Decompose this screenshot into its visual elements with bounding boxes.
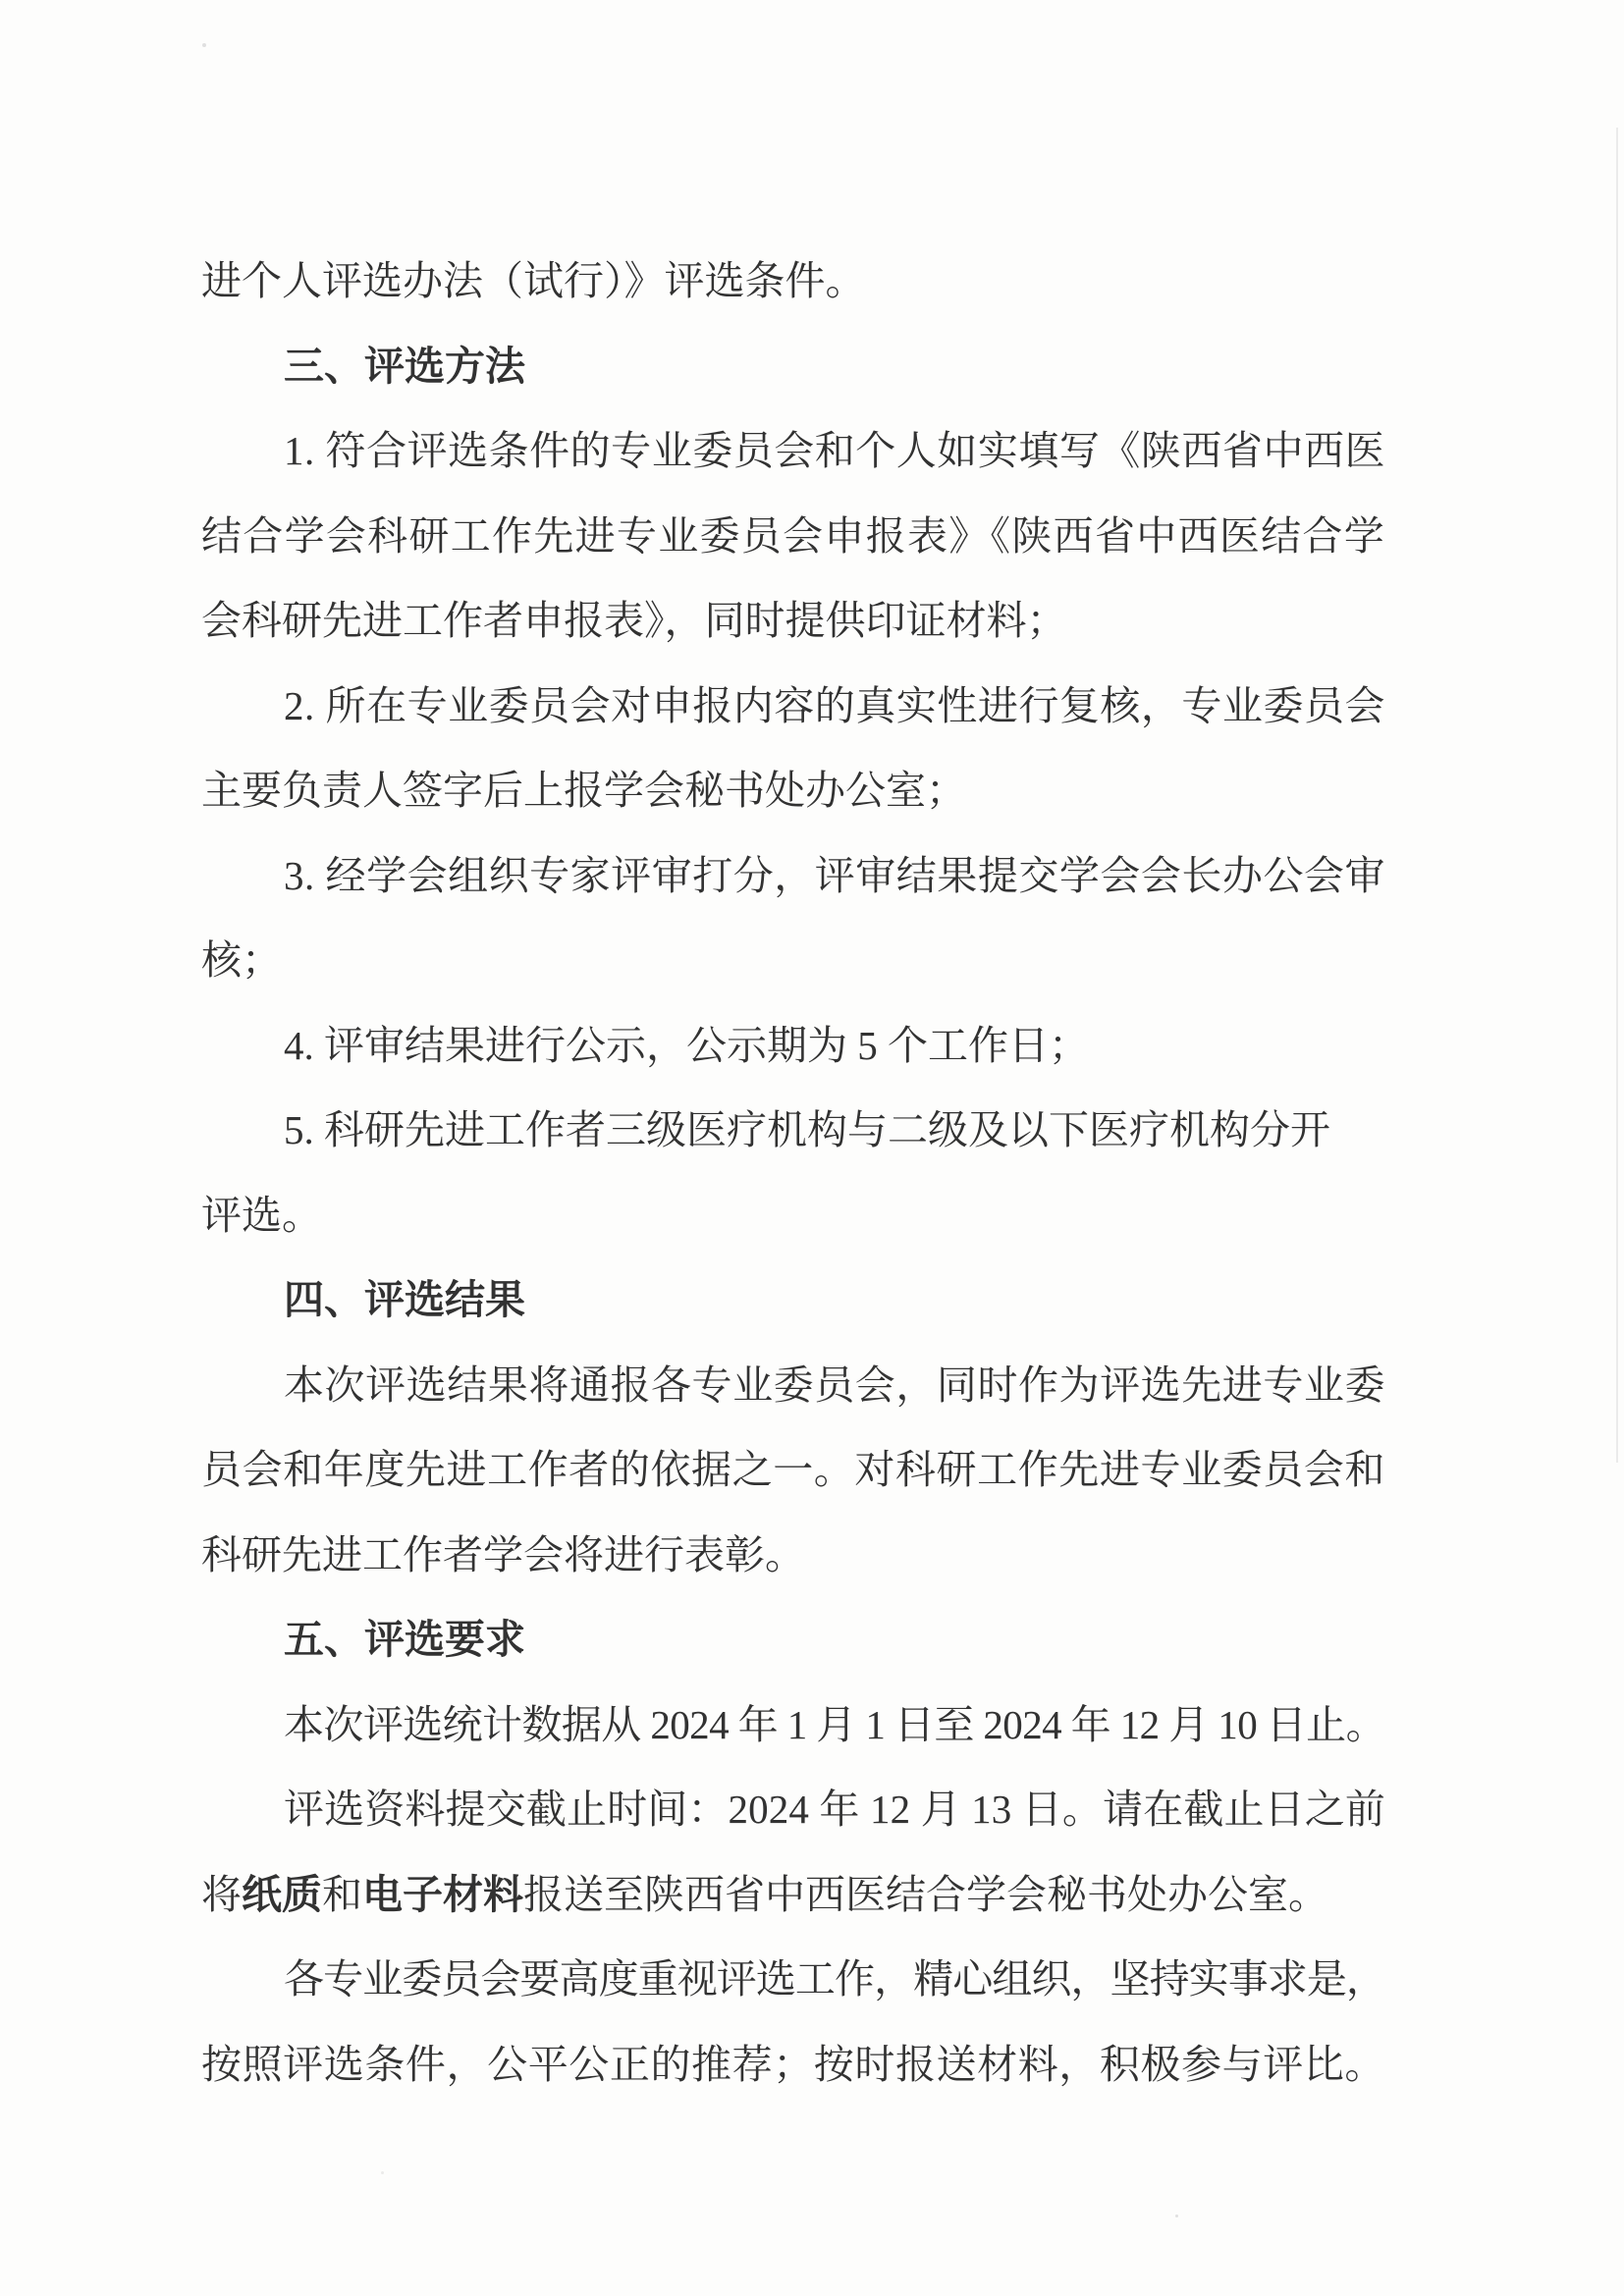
text-line: 会科研先进工作者申报表》，同时提供印证材料； <box>201 578 1385 664</box>
line-text: 进个人评选办法（试行）》评选条件。 <box>201 258 866 303</box>
scan-speck <box>1175 2215 1178 2217</box>
text-line: 2. 所在专业委员会对申报内容的真实性进行复核，专业委员会 <box>201 664 1385 749</box>
line-text: 将纸质和电子材料报送至陕西省中西医结合学会秘书处办公室。 <box>201 1872 1328 1917</box>
scanned-document-page: 进个人评选办法（试行）》评选条件。三、评选方法1. 符合评选条件的专业委员会和个… <box>0 0 1624 2296</box>
line-text: 会科研先进工作者申报表》，同时提供印证材料； <box>201 598 1067 643</box>
line-text: 三、评选方法 <box>284 344 525 389</box>
line-text: 核； <box>201 937 282 983</box>
text-line: 5. 科研先进工作者三级医疗机构与二级及以下医疗机构分开 <box>201 1088 1385 1173</box>
text-line: 科研先进工作者学会将进行表彰。 <box>201 1513 1385 1598</box>
line-text: 5. 科研先进工作者三级医疗机构与二级及以下医疗机构分开 <box>284 1107 1330 1152</box>
text-line: 4. 评审结果进行公示，公示期为 5 个工作日； <box>201 1003 1385 1089</box>
text-line: 本次评选统计数据从 2024 年 1 月 1 日至 2024 年 12 月 10… <box>201 1682 1385 1768</box>
section-heading-line: 三、评选方法 <box>201 324 1385 409</box>
text-line: 本次评选结果将通报各专业委员会，同时作为评选先进专业委 <box>201 1343 1385 1428</box>
line-text: 按照评选条件，公平公正的推荐；按时报送材料，积极参与评比。 <box>201 2042 1385 2087</box>
line-text: 评选资料提交截止时间：2024 年 12 月 13 日。请在截止日之前 <box>284 1787 1385 1832</box>
text-line: 员会和年度先进工作者的依据之一。对科研工作先进专业委员会和 <box>201 1427 1385 1513</box>
bold-emphasis-text: 五、评选要求 <box>284 1617 525 1662</box>
line-text: 1. 符合评选条件的专业委员会和个人如实填写《陕西省中西医 <box>284 428 1385 473</box>
bold-emphasis-text: 三、评选方法 <box>284 344 525 389</box>
text-line: 将纸质和电子材料报送至陕西省中西医结合学会秘书处办公室。 <box>201 1852 1385 1938</box>
line-text: 4. 评审结果进行公示，公示期为 5 个工作日； <box>284 1023 1089 1068</box>
text-line: 结合学会科研工作先进专业委员会申报表》《陕西省中西医结合学 <box>201 494 1385 579</box>
text-line: 各专业委员会要高度重视评选工作，精心组织，坚持实事求是， <box>201 1937 1385 2022</box>
text-line: 3. 经学会组织专家评审打分，评审结果提交学会会长办公会审 <box>201 833 1385 919</box>
line-text: 结合学会科研工作先进专业委员会申报表》《陕西省中西医结合学 <box>201 513 1385 559</box>
line-text: 各专业委员会要高度重视评选工作，精心组织，坚持实事求是， <box>284 1956 1385 2002</box>
line-text: 五、评选要求 <box>284 1617 525 1662</box>
line-text: 科研先进工作者学会将进行表彰。 <box>201 1532 805 1577</box>
scan-speck <box>202 43 206 47</box>
bold-emphasis-text: 电子材料 <box>362 1872 523 1917</box>
text-line: 评选。 <box>201 1173 1385 1258</box>
line-text: 主要负责人签字后上报学会秘书处办公室； <box>201 768 966 813</box>
section-heading-line: 四、评选结果 <box>201 1257 1385 1343</box>
line-text: 3. 经学会组织专家评审打分，评审结果提交学会会长办公会审 <box>284 853 1385 898</box>
bold-emphasis-text: 四、评选结果 <box>284 1277 525 1322</box>
text-line: 按照评选条件，公平公正的推荐；按时报送材料，积极参与评比。 <box>201 2022 1385 2108</box>
line-text: 评选。 <box>201 1193 322 1238</box>
line-text: 四、评选结果 <box>284 1277 525 1322</box>
line-text: 2. 所在专业委员会对申报内容的真实性进行复核，专业委员会 <box>284 683 1385 728</box>
text-line: 1. 符合评选条件的专业委员会和个人如实填写《陕西省中西医 <box>201 408 1385 494</box>
scan-edge-shadow <box>1616 128 1618 1463</box>
text-line: 主要负责人签字后上报学会秘书处办公室； <box>201 748 1385 833</box>
text-line: 进个人评选办法（试行）》评选条件。 <box>201 239 1385 324</box>
line-text: 员会和年度先进工作者的依据之一。对科研工作先进专业委员会和 <box>201 1447 1385 1492</box>
text-line: 评选资料提交截止时间：2024 年 12 月 13 日。请在截止日之前 <box>201 1767 1385 1852</box>
line-text: 本次评选结果将通报各专业委员会，同时作为评选先进专业委 <box>284 1362 1385 1408</box>
bold-emphasis-text: 纸质 <box>242 1872 322 1917</box>
document-text-block: 进个人评选办法（试行）》评选条件。三、评选方法1. 符合评选条件的专业委员会和个… <box>201 239 1385 2107</box>
text-line: 核； <box>201 918 1385 1003</box>
scan-speck <box>381 2171 384 2174</box>
line-text: 本次评选统计数据从 2024 年 1 月 1 日至 2024 年 12 月 10… <box>284 1702 1385 1747</box>
section-heading-line: 五、评选要求 <box>201 1597 1385 1682</box>
